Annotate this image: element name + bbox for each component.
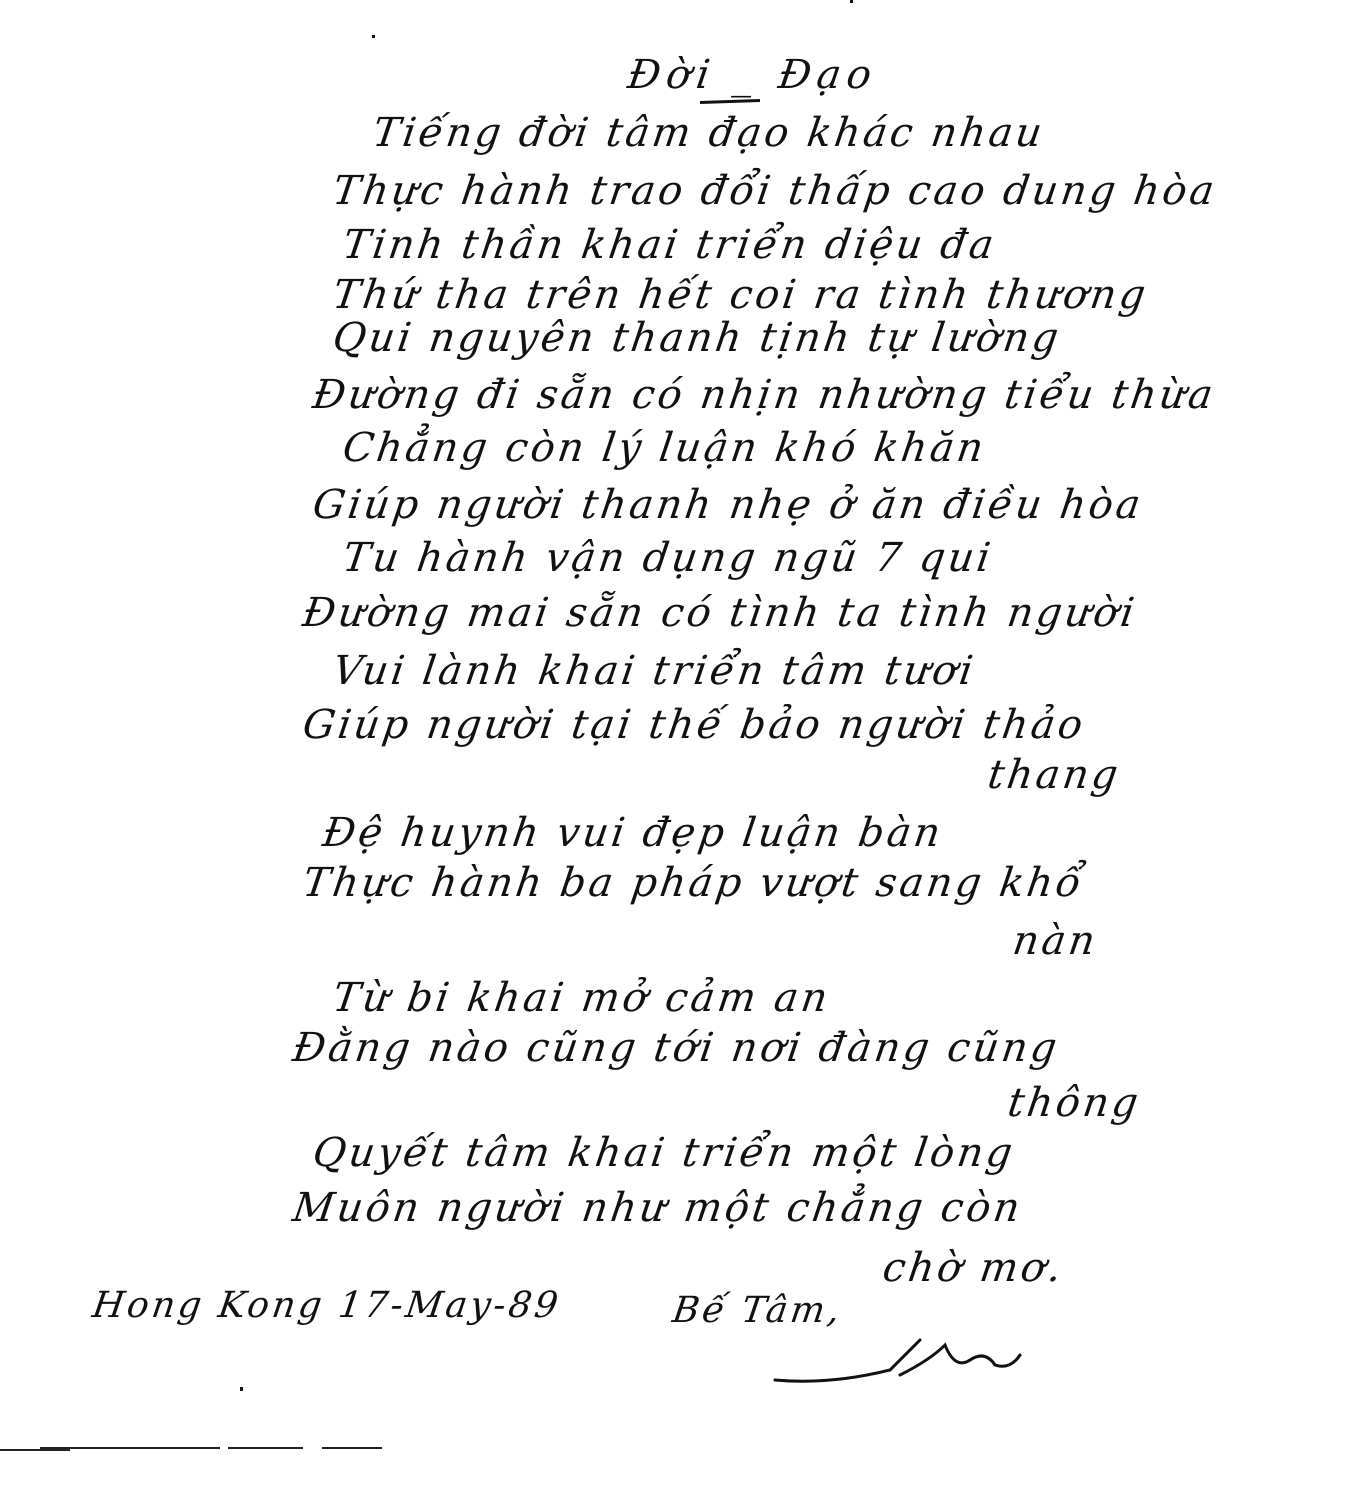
scan-speck bbox=[372, 35, 375, 38]
verse-line-continuation: thang bbox=[985, 752, 1124, 798]
verse-line: Qui nguyên thanh tịnh tự lường bbox=[330, 315, 1064, 361]
verse-line: Vui lành khai triển tâm tươi bbox=[330, 648, 979, 694]
author-label: Bế Tâm, bbox=[670, 1290, 845, 1331]
verse-line: Từ bi khai mở cảm an bbox=[330, 975, 833, 1021]
scan-speck bbox=[240, 1387, 243, 1391]
verse-line: Giúp người thanh nhẹ ở ăn điều hòa bbox=[310, 482, 1146, 528]
verse-line: Chẳng còn lý luận khó khăn bbox=[340, 425, 989, 471]
verse-line: Thực hành trao đổi thấp cao dung hòa bbox=[330, 168, 1220, 214]
verse-line: Thực hành ba pháp vượt sang khổ bbox=[300, 860, 1086, 906]
verse-line-continuation: thông bbox=[1005, 1080, 1144, 1126]
verse-line: Quyết tâm khai triển một lòng bbox=[310, 1130, 1018, 1176]
verse-line: Giúp người tại thế bảo người thảo bbox=[300, 702, 1088, 748]
verse-line: Tu hành vận dụng ngũ 7 qui bbox=[340, 535, 996, 581]
handwritten-poem-page: Đời _ Đạo Tiếng đời tâm đạo khác nhau Th… bbox=[0, 0, 1350, 1500]
verse-line: Đệ huynh vui đẹp luận bàn bbox=[320, 810, 946, 856]
scan-edge-line bbox=[0, 1447, 450, 1450]
scan-speck bbox=[850, 0, 853, 3]
verse-line: Tiếng đời tâm đạo khác nhau bbox=[370, 110, 1048, 156]
verse-line: Đường mai sẵn có tình ta tình người bbox=[300, 590, 1140, 636]
signature bbox=[770, 1330, 1030, 1390]
verse-line: Đường đi sẵn có nhịn nhường tiểu thừa bbox=[310, 372, 1218, 418]
title-underline bbox=[700, 99, 760, 104]
verse-line: Đằng nào cũng tới nơi đàng cũng bbox=[290, 1025, 1062, 1071]
verse-line: Muôn người như một chẳng còn bbox=[290, 1185, 1026, 1231]
poem-title: Đời _ Đạo bbox=[625, 52, 880, 98]
verse-line: Thứ tha trên hết coi ra tình thương bbox=[330, 272, 1151, 318]
place-date: Hong Kong 17-May-89 bbox=[90, 1285, 563, 1326]
verse-line: Tinh thần khai triển diệu đa bbox=[340, 222, 999, 268]
verse-line-continuation: chờ mơ. bbox=[880, 1245, 1067, 1291]
verse-line-continuation: nàn bbox=[1010, 918, 1101, 964]
